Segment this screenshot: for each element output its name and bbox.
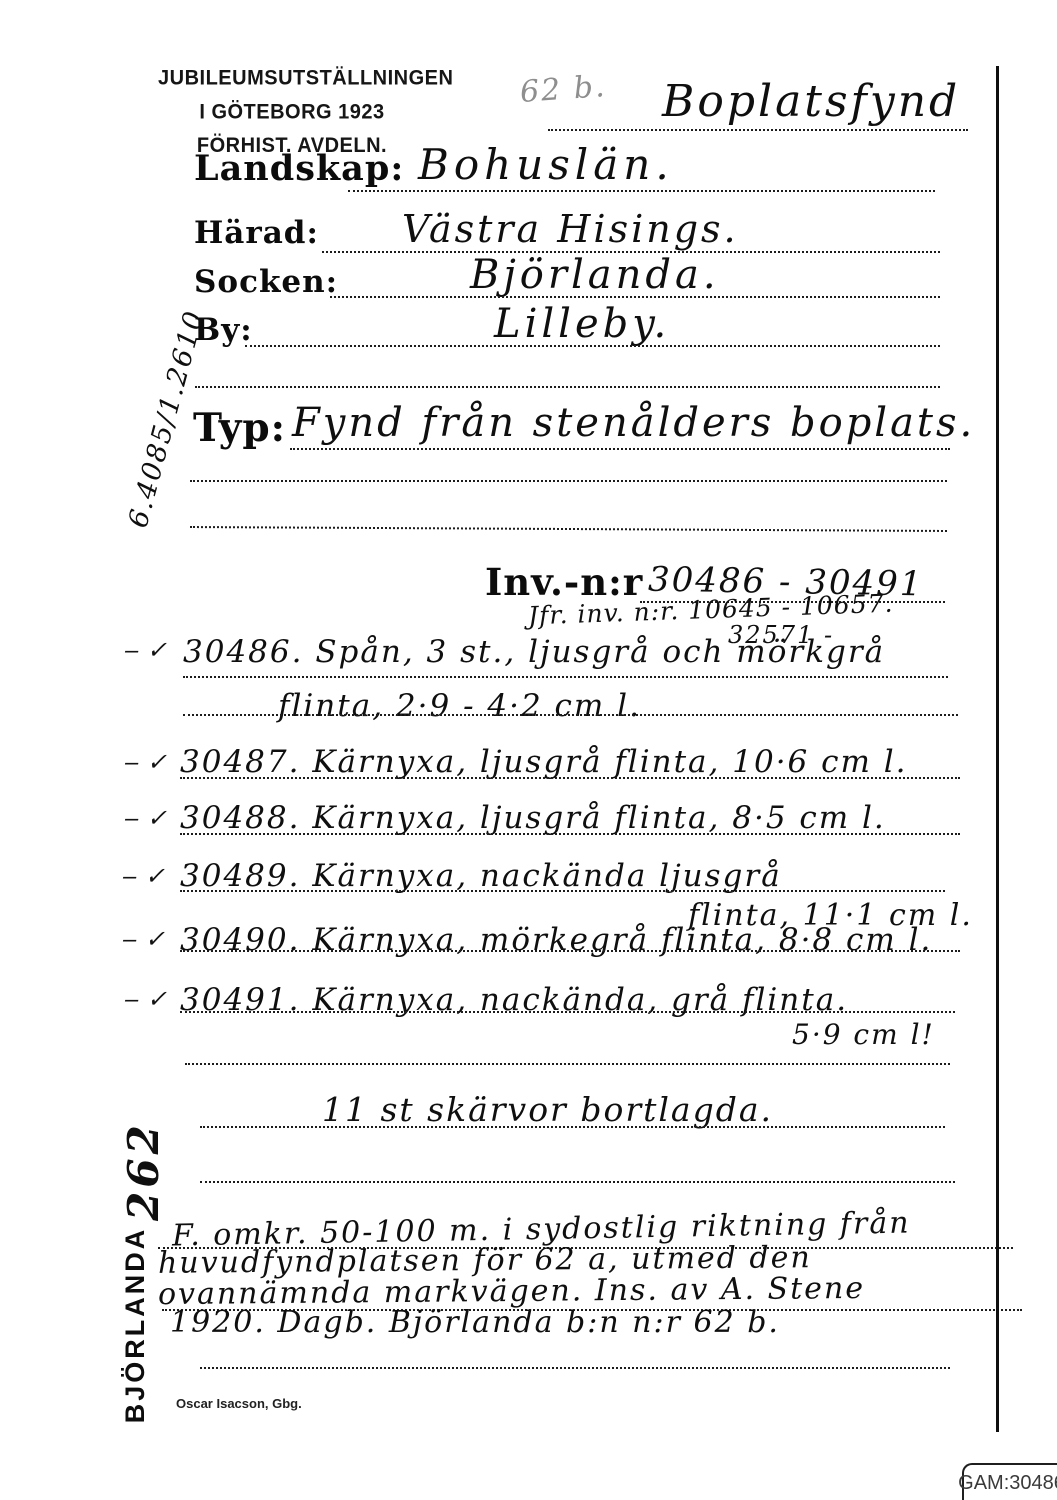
dotted-line [180,950,960,952]
printer-credit: Oscar Isacson, Gbg. [176,1396,302,1411]
entry-text: 30488. Kärnyxa, ljusgrå flinta, 8·5 cm l… [180,800,886,836]
field-label-landskap: Landskap: [194,148,404,189]
faint-site-number: 62 b. [519,69,608,110]
dotted-line [195,386,940,388]
dotted-line [200,1181,955,1183]
dotted-line [180,777,960,779]
field-label-socken: Socken: [194,264,338,300]
dotted-line [183,676,948,678]
catalog-card-page: JUBILEUMSUTSTÄLLNINGEN I GÖTEBORG 1923 F… [0,0,1057,1500]
field-value-typ: Fynd från stenålders boplats. [292,400,975,446]
entry-check-mark: ‒ ✓ [124,985,167,1013]
dotted-line [183,714,958,716]
document-title-handwritten: Boplatsfynd [662,76,960,127]
entry-check-mark: ‒ ✓ [124,636,167,664]
entry-text: 30487. Kärnyxa, ljusgrå flinta, 10·6 cm … [180,744,908,780]
dotted-line [290,448,950,450]
catalog-id-badge: GAM:30486 [962,1463,1057,1500]
page-right-rule [996,66,999,1432]
entry-check-mark: ‒ ✓ [124,804,167,832]
field-value-socken: Björlanda. [470,252,720,298]
dotted-line [245,345,940,347]
find-location-line: 1920. Dagb. Björlanda b:n n:r 62 b. [170,1305,780,1340]
field-value-harad: Västra Hisings. [402,207,739,251]
dotted-line [180,1011,955,1013]
entry-text: 30486. Spån, 3 st., ljusgrå och mörkgrå [183,634,885,670]
entry-check-mark: ‒ ✓ [124,748,167,776]
parish-stamp-vertical: BJÖRLANDA [120,1215,160,1435]
entry-continuation: 5·9 cm l! [792,1018,935,1051]
catalog-id-text: GAM:30486 [958,1472,1057,1495]
dotted-line [190,526,947,532]
parish-number-vertical: 262 [119,1121,165,1221]
dotted-line [348,190,935,192]
entry-check-mark: ‒ ✓ [122,862,165,890]
dotted-line [180,890,945,892]
entry-text: 30490. Kärnyxa, mörkegrå flinta, 8·8 cm … [180,922,932,958]
dotted-line [185,1063,950,1065]
discard-note: 11 st skärvor bortlagda. [322,1090,773,1129]
dotted-line [180,833,960,835]
dotted-line [190,480,947,482]
field-value-by: Lilleby. [494,301,670,347]
field-label-typ: Typ: [193,405,286,451]
stamp-line-1: JUBILEUMSUTSTÄLLNINGEN [158,62,426,96]
entry-check-mark: ‒ ✓ [122,925,165,953]
stamp-line-2: I GÖTEBORG 1923 [158,95,426,129]
dotted-line [548,129,968,131]
field-label-harad: Härad: [194,215,319,251]
field-value-landskap: Bohuslän. [418,140,674,189]
entry-continuation: flinta, 2·9 - 4·2 cm l. [278,688,641,724]
dotted-line [330,296,940,298]
entry-text: 30489. Kärnyxa, nackända ljusgrå [180,858,782,894]
dotted-line [200,1126,945,1128]
dotted-line [200,1367,950,1369]
